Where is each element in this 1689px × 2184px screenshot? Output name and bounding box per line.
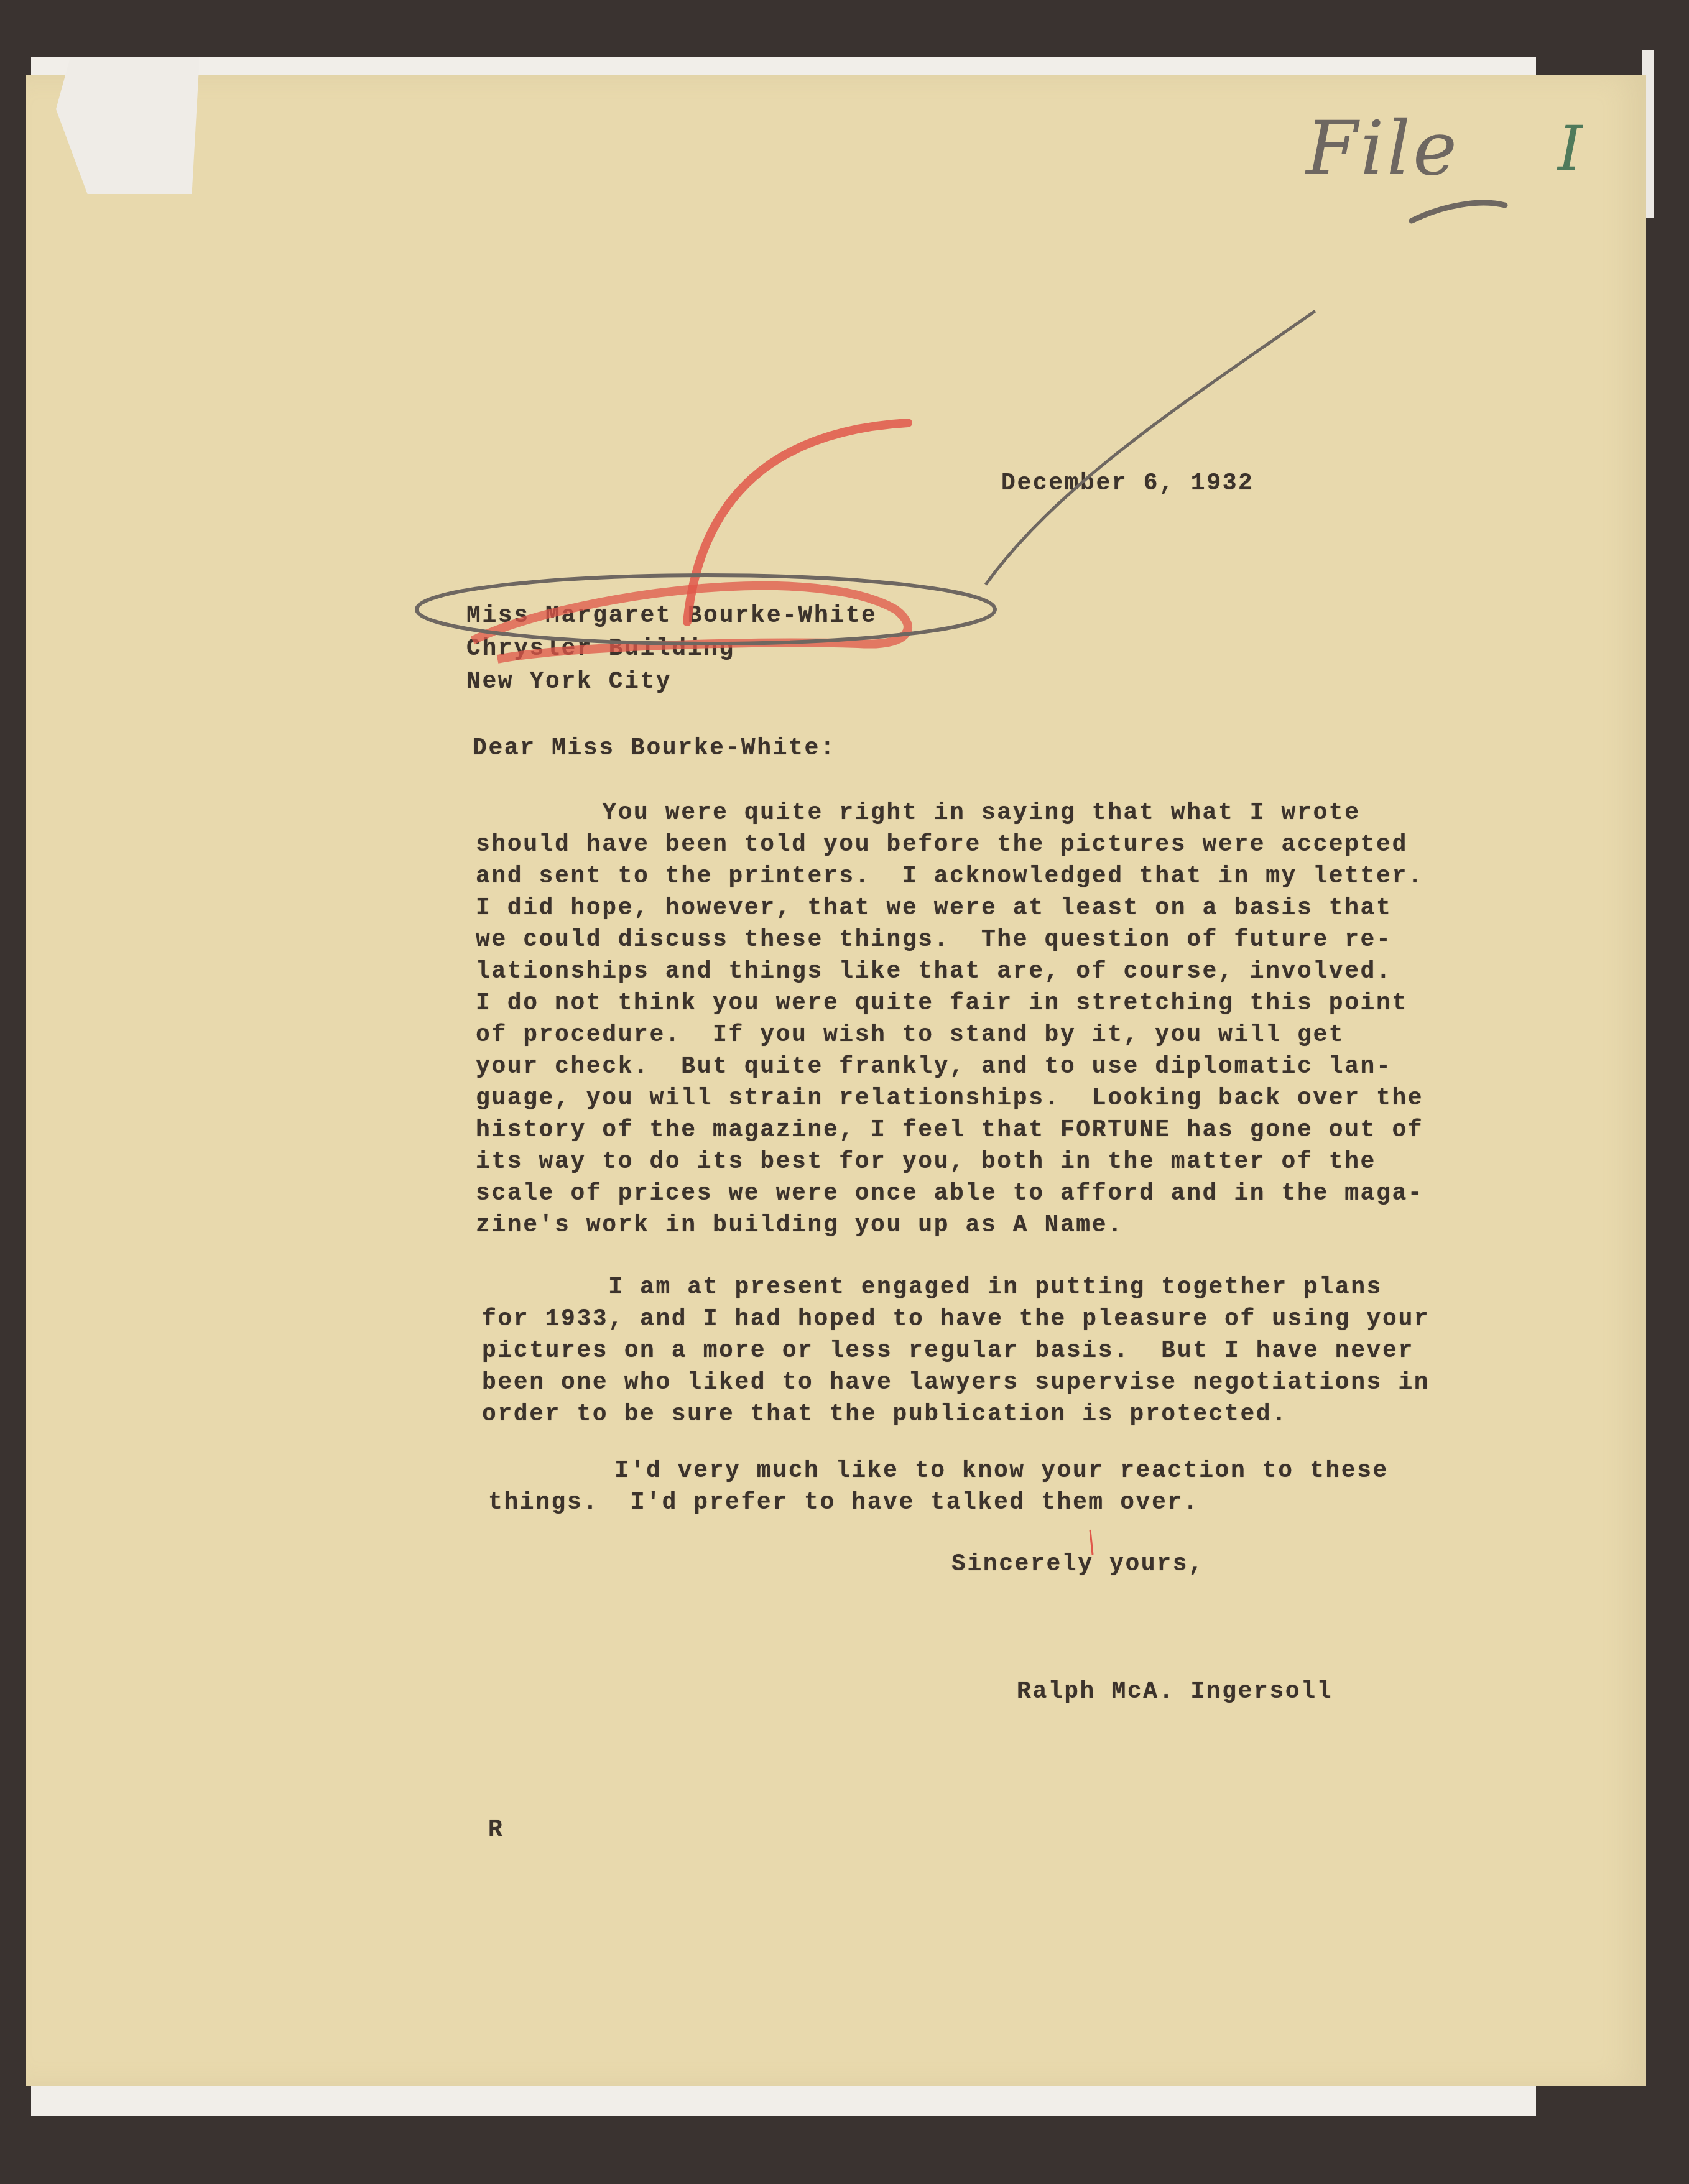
signature: Ralph McA. Ingersoll <box>1017 1676 1333 1708</box>
body-line: and sent to the printers. I acknowledged… <box>476 861 1423 892</box>
salutation: Dear Miss Bourke-White: <box>473 733 836 764</box>
body-line: lationships and things like that are, of… <box>476 956 1423 988</box>
body-line: zine's work in building you up as A Name… <box>476 1210 1423 1241</box>
recipient-address-line1: Chrysler Building <box>466 633 735 665</box>
letter-date: December 6, 1932 <box>1001 468 1254 499</box>
body-line: I did hope, however, that we were at lea… <box>476 892 1423 924</box>
body-line: history of the magazine, I feel that FOR… <box>476 1114 1423 1146</box>
body-line: for 1933, and I had hoped to have the pl… <box>482 1303 1430 1335</box>
body-line: order to be sure that the publication is… <box>482 1399 1430 1430</box>
body-line: guage, you will strain relationships. Lo… <box>476 1083 1423 1114</box>
body-paragraph-2: I am at present engaged in putting toget… <box>482 1272 1430 1430</box>
body-paragraph-3: I'd very much like to know your reaction… <box>488 1455 1389 1519</box>
body-line: its way to do its best for you, both in … <box>476 1146 1423 1178</box>
body-line: I'd very much like to know your reaction… <box>488 1455 1389 1487</box>
body-line: things. I'd prefer to have talked them o… <box>488 1487 1389 1519</box>
body-line: we could discuss these things. The quest… <box>476 924 1423 956</box>
body-line: You were quite right in saying that what… <box>476 797 1423 829</box>
body-line: of procedure. If you wish to stand by it… <box>476 1019 1423 1051</box>
recipient-address-line2: New York City <box>466 666 672 698</box>
body-line: your check. But quite frankly, and to us… <box>476 1051 1423 1083</box>
body-line: I am at present engaged in putting toget… <box>482 1272 1430 1303</box>
closing: Sincerely yours, <box>951 1548 1204 1580</box>
body-line: should have been told you before the pic… <box>476 829 1423 861</box>
handwritten-file-label: File <box>1306 106 1460 192</box>
recipient-name: Miss Margaret Bourke-White <box>466 600 877 632</box>
body-line: pictures on a more or less regular basis… <box>482 1335 1430 1367</box>
typist-initial: R <box>488 1814 504 1846</box>
body-line: I do not think you were quite fair in st… <box>476 988 1423 1019</box>
body-line: been one who liked to have lawyers super… <box>482 1367 1430 1399</box>
body-line: scale of prices we were once able to aff… <box>476 1178 1423 1210</box>
body-paragraph-1: You were quite right in saying that what… <box>476 797 1423 1241</box>
handwritten-file-number: I <box>1558 112 1583 185</box>
